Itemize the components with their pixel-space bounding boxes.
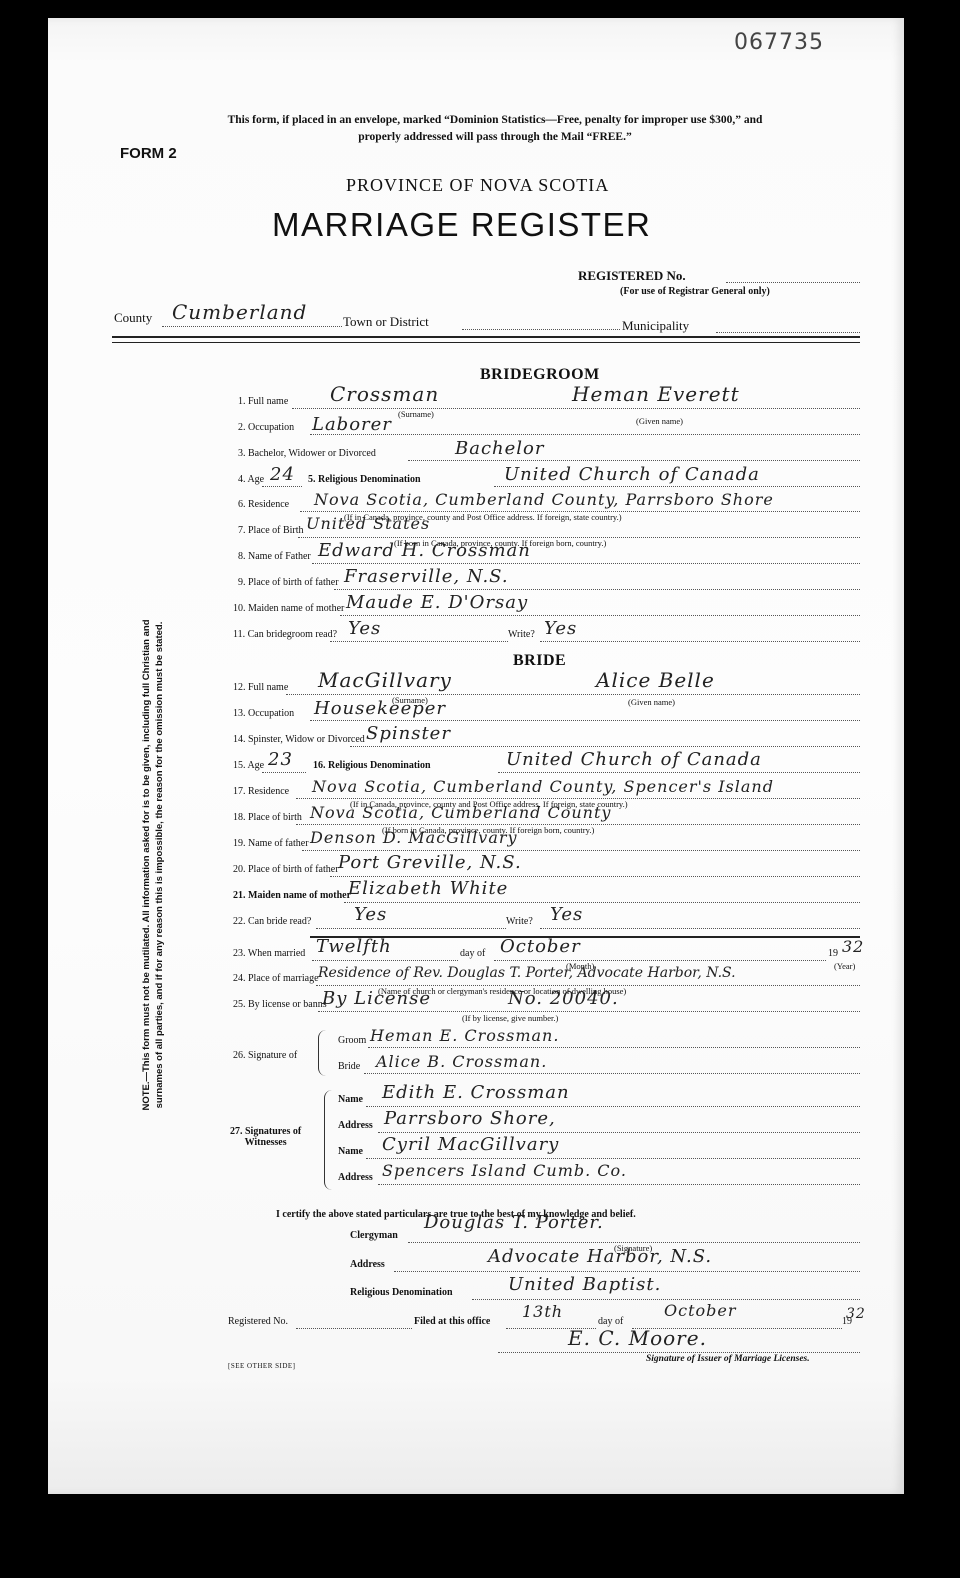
day-line	[312, 960, 458, 961]
groom-father-line	[312, 563, 860, 564]
witness1-address-line	[378, 1132, 860, 1133]
postal-notice: This form, if placed in an envelope, mar…	[150, 112, 840, 146]
groom-sig-label: Groom	[338, 1035, 366, 1046]
signature-brace	[318, 1030, 327, 1076]
bride-mother-line	[344, 902, 860, 903]
year-hint: (Year)	[834, 961, 855, 971]
groom-status[interactable]: Bachelor	[455, 438, 544, 459]
month-line	[494, 960, 826, 961]
groom-birthplace[interactable]: United States	[306, 514, 430, 533]
filing-registered-field[interactable]	[296, 1328, 412, 1329]
issuer-signature[interactable]: E. C. Moore.	[568, 1326, 707, 1350]
bride-read[interactable]: Yes	[354, 904, 387, 925]
issuer-label: Signature of Issuer of Marriage Licenses…	[646, 1354, 810, 1364]
groom-signature[interactable]: Heman E. Crossman.	[370, 1026, 559, 1045]
groom-occupation[interactable]: Laborer	[312, 414, 392, 435]
groom-full-name-label: 1. Full name	[238, 396, 288, 407]
side-note-line2: surnames of all parties, and if for any …	[153, 545, 166, 1185]
bride-read-label: 22. Can bride read?	[233, 916, 311, 927]
bride-father-birthplace[interactable]: Port Greville, N.S.	[338, 852, 522, 873]
bride-residence[interactable]: Nova Scotia, Cumberland County, Spencer'…	[312, 777, 774, 796]
groom-residence-label: 6. Residence	[238, 499, 289, 510]
side-note: NOTE.—This form must not be mutilated. A…	[140, 545, 166, 1185]
bride-age-line	[262, 772, 306, 773]
groom-status-label: 3. Bachelor, Widower or Divorced	[238, 448, 376, 459]
when-married-label: 23. When married	[233, 948, 305, 959]
groom-age[interactable]: 24	[270, 464, 295, 485]
clergy-religion-line	[472, 1299, 860, 1300]
bride-religion-label: 16. Religious Denomination	[313, 760, 431, 771]
clergy-religion-label: Religious Denomination	[350, 1287, 453, 1298]
witness2-name[interactable]: Cyril MacGillvary	[382, 1134, 559, 1155]
bride-sig-line	[364, 1073, 860, 1074]
county-value[interactable]: Cumberland	[172, 300, 307, 324]
header-divider	[112, 336, 860, 343]
form-label: FORM 2	[120, 145, 177, 162]
groom-father-birthplace-label: 9. Place of birth of father	[238, 577, 339, 588]
bride-age-label: 15. Age	[233, 760, 264, 771]
issuer-line	[498, 1352, 860, 1353]
bride-residence-label: 17. Residence	[233, 786, 289, 797]
bride-father[interactable]: Denson D. MacGillvary	[310, 828, 518, 847]
groom-father-label: 8. Name of Father	[238, 551, 311, 562]
postal-notice-line1: This form, if placed in an envelope, mar…	[150, 112, 840, 129]
groom-full-name-line	[292, 408, 860, 409]
groom-read-line	[330, 641, 508, 642]
clergyman-signature[interactable]: Douglas T. Porter.	[424, 1212, 604, 1233]
married-month[interactable]: October	[500, 936, 581, 957]
groom-occupation-label: 2. Occupation	[238, 422, 294, 433]
bride-age[interactable]: 23	[268, 749, 293, 770]
groom-mother-label: 10. Maiden name of mother	[233, 603, 344, 614]
witness1-address-label: Address	[338, 1120, 373, 1131]
bride-mother-label: 21. Maiden name of mother	[233, 890, 351, 901]
groom-age-label: 4. Age	[238, 474, 264, 485]
groom-age-line	[262, 486, 302, 487]
groom-mother-line	[340, 615, 860, 616]
municipality-label: Municipality	[622, 318, 689, 334]
license-hint: (If by license, give number.)	[462, 1013, 558, 1023]
bride-write[interactable]: Yes	[550, 904, 583, 925]
groom-father-birthplace[interactable]: Fraserville, N.S.	[344, 566, 509, 587]
year-prefix: 19	[828, 948, 838, 959]
postal-notice-line2: properly addressed will pass through the…	[150, 129, 840, 146]
witness2-name-line	[366, 1158, 860, 1159]
witness1-name-line	[366, 1106, 860, 1107]
clergy-address-label: Address	[350, 1259, 385, 1270]
groom-write-line	[540, 641, 860, 642]
license-type[interactable]: By License	[322, 988, 431, 1009]
bride-surname[interactable]: MacGillvary	[318, 668, 452, 692]
witnesses-label-line1: 27. Signatures of	[230, 1126, 301, 1137]
bride-occupation-line	[310, 720, 860, 721]
married-day[interactable]: Twelfth	[316, 936, 392, 957]
married-year[interactable]: 32	[842, 937, 864, 956]
license-line	[318, 1011, 860, 1012]
marriage-divider	[310, 936, 860, 938]
groom-religion[interactable]: United Church of Canada	[504, 464, 760, 485]
county-line	[162, 326, 342, 327]
bride-religion[interactable]: United Church of Canada	[506, 749, 762, 770]
groom-given-hint: (Given name)	[636, 416, 683, 426]
clergyman-label: Clergyman	[350, 1230, 398, 1241]
bride-father-label: 19. Name of father	[233, 838, 309, 849]
registered-label: REGISTERED No.	[578, 268, 686, 284]
stamp-number: 067735	[734, 30, 824, 55]
bride-write-line	[540, 928, 860, 929]
filed-year[interactable]: 32	[846, 1306, 866, 1322]
bride-full-name-line	[286, 694, 860, 695]
groom-write-label: Write?	[508, 629, 535, 640]
bride-mother[interactable]: Elizabeth White	[348, 878, 508, 899]
groom-given-name[interactable]: Heman Everett	[572, 382, 740, 406]
bride-given-name[interactable]: Alice Belle	[596, 668, 715, 692]
side-note-line1: NOTE.—This form must not be mutilated. A…	[140, 545, 153, 1185]
place-of-marriage[interactable]: Residence of Rev. Douglas T. Porter, Adv…	[318, 965, 736, 981]
filed-day[interactable]: 13th	[522, 1302, 563, 1321]
province-heading: PROVINCE OF NOVA SCOTIA	[346, 175, 609, 196]
filed-label: Filed at this office	[414, 1316, 490, 1327]
bride-sig-label: Bride	[338, 1061, 360, 1072]
bride-religion-line	[498, 772, 860, 773]
bride-father-birthplace-line	[330, 876, 860, 877]
bride-read-line	[316, 928, 506, 929]
registered-note: (For use of Registrar General only)	[620, 286, 770, 297]
clergy-address-line	[394, 1271, 860, 1272]
groom-read-label: 11. Can bridegroom read?	[233, 629, 337, 640]
bride-birthplace[interactable]: Nova Scotia, Cumberland County	[310, 803, 611, 822]
town-label: Town or District	[343, 314, 429, 330]
groom-residence[interactable]: Nova Scotia, Cumberland County, Parrsbor…	[314, 490, 774, 509]
clergy-religion[interactable]: United Baptist.	[508, 1274, 661, 1295]
groom-religion-line	[494, 486, 860, 487]
witness1-name-label: Name	[338, 1094, 363, 1105]
groom-write[interactable]: Yes	[544, 618, 577, 639]
groom-sig-line	[368, 1047, 860, 1048]
groom-status-line	[408, 460, 860, 461]
license-label: 25. By license or banns	[233, 999, 327, 1010]
signature-of-label: 26. Signature of	[233, 1050, 297, 1061]
groom-birthplace-label: 7. Place of Birth	[238, 525, 304, 536]
witnesses-label: 27. Signatures of Witnesses	[230, 1126, 301, 1148]
witness2-name-label: Name	[338, 1146, 363, 1157]
bride-father-birthplace-label: 20. Place of birth of father	[233, 864, 339, 875]
bride-birthplace-label: 18. Place of birth	[233, 812, 302, 823]
day-of-label: day of	[460, 948, 485, 959]
municipality-field[interactable]	[716, 332, 860, 333]
groom-surname[interactable]: Crossman	[330, 382, 439, 406]
filing-registered-label: Registered No.	[228, 1316, 288, 1327]
filed-month[interactable]: October	[664, 1301, 737, 1320]
bride-signature[interactable]: Alice B. Crossman.	[376, 1052, 547, 1071]
bride-occupation[interactable]: Housekeeper	[314, 698, 446, 719]
witnesses-brace	[324, 1090, 333, 1190]
groom-occupation-line	[310, 434, 860, 435]
registered-number-field[interactable]	[726, 282, 860, 283]
groom-father-birthplace-line	[334, 589, 860, 590]
witness1-name[interactable]: Edith E. Crossman	[382, 1082, 570, 1103]
bride-occupation-label: 13. Occupation	[233, 708, 294, 719]
county-label: County	[114, 310, 152, 326]
witness2-address[interactable]: Spencers Island Cumb. Co.	[382, 1161, 627, 1180]
groom-read[interactable]: Yes	[348, 618, 381, 639]
clergy-address[interactable]: Advocate Harbor, N.S.	[488, 1246, 712, 1267]
bride-heading: BRIDE	[513, 652, 566, 670]
bride-status[interactable]: Spinster	[366, 723, 451, 744]
bride-given-hint: (Given name)	[628, 697, 675, 707]
bride-write-label: Write?	[506, 916, 533, 927]
groom-religion-label: 5. Religious Denomination	[308, 474, 421, 485]
bride-father-line	[302, 850, 860, 851]
witness1-address[interactable]: Parrsboro Shore,	[384, 1108, 556, 1129]
page-title: MARRIAGE REGISTER	[272, 206, 651, 244]
place-of-marriage-label: 24. Place of marriage	[233, 973, 319, 984]
town-field[interactable]	[462, 329, 620, 330]
bride-status-line	[350, 746, 860, 747]
license-number[interactable]: No. 20040.	[508, 988, 619, 1009]
bride-full-name-label: 12. Full name	[233, 682, 288, 693]
witnesses-label-line2: Witnesses	[230, 1137, 301, 1148]
groom-father[interactable]: Edward H. Crossman	[318, 540, 531, 561]
groom-mother[interactable]: Maude E. D'Orsay	[346, 592, 528, 613]
witness2-address-line	[378, 1184, 860, 1185]
groom-surname-hint: (Surname)	[398, 409, 434, 419]
witness2-address-label: Address	[338, 1172, 373, 1183]
see-other-side: [SEE OTHER SIDE]	[228, 1362, 296, 1370]
bride-status-label: 14. Spinster, Widow or Divorced	[233, 734, 365, 745]
